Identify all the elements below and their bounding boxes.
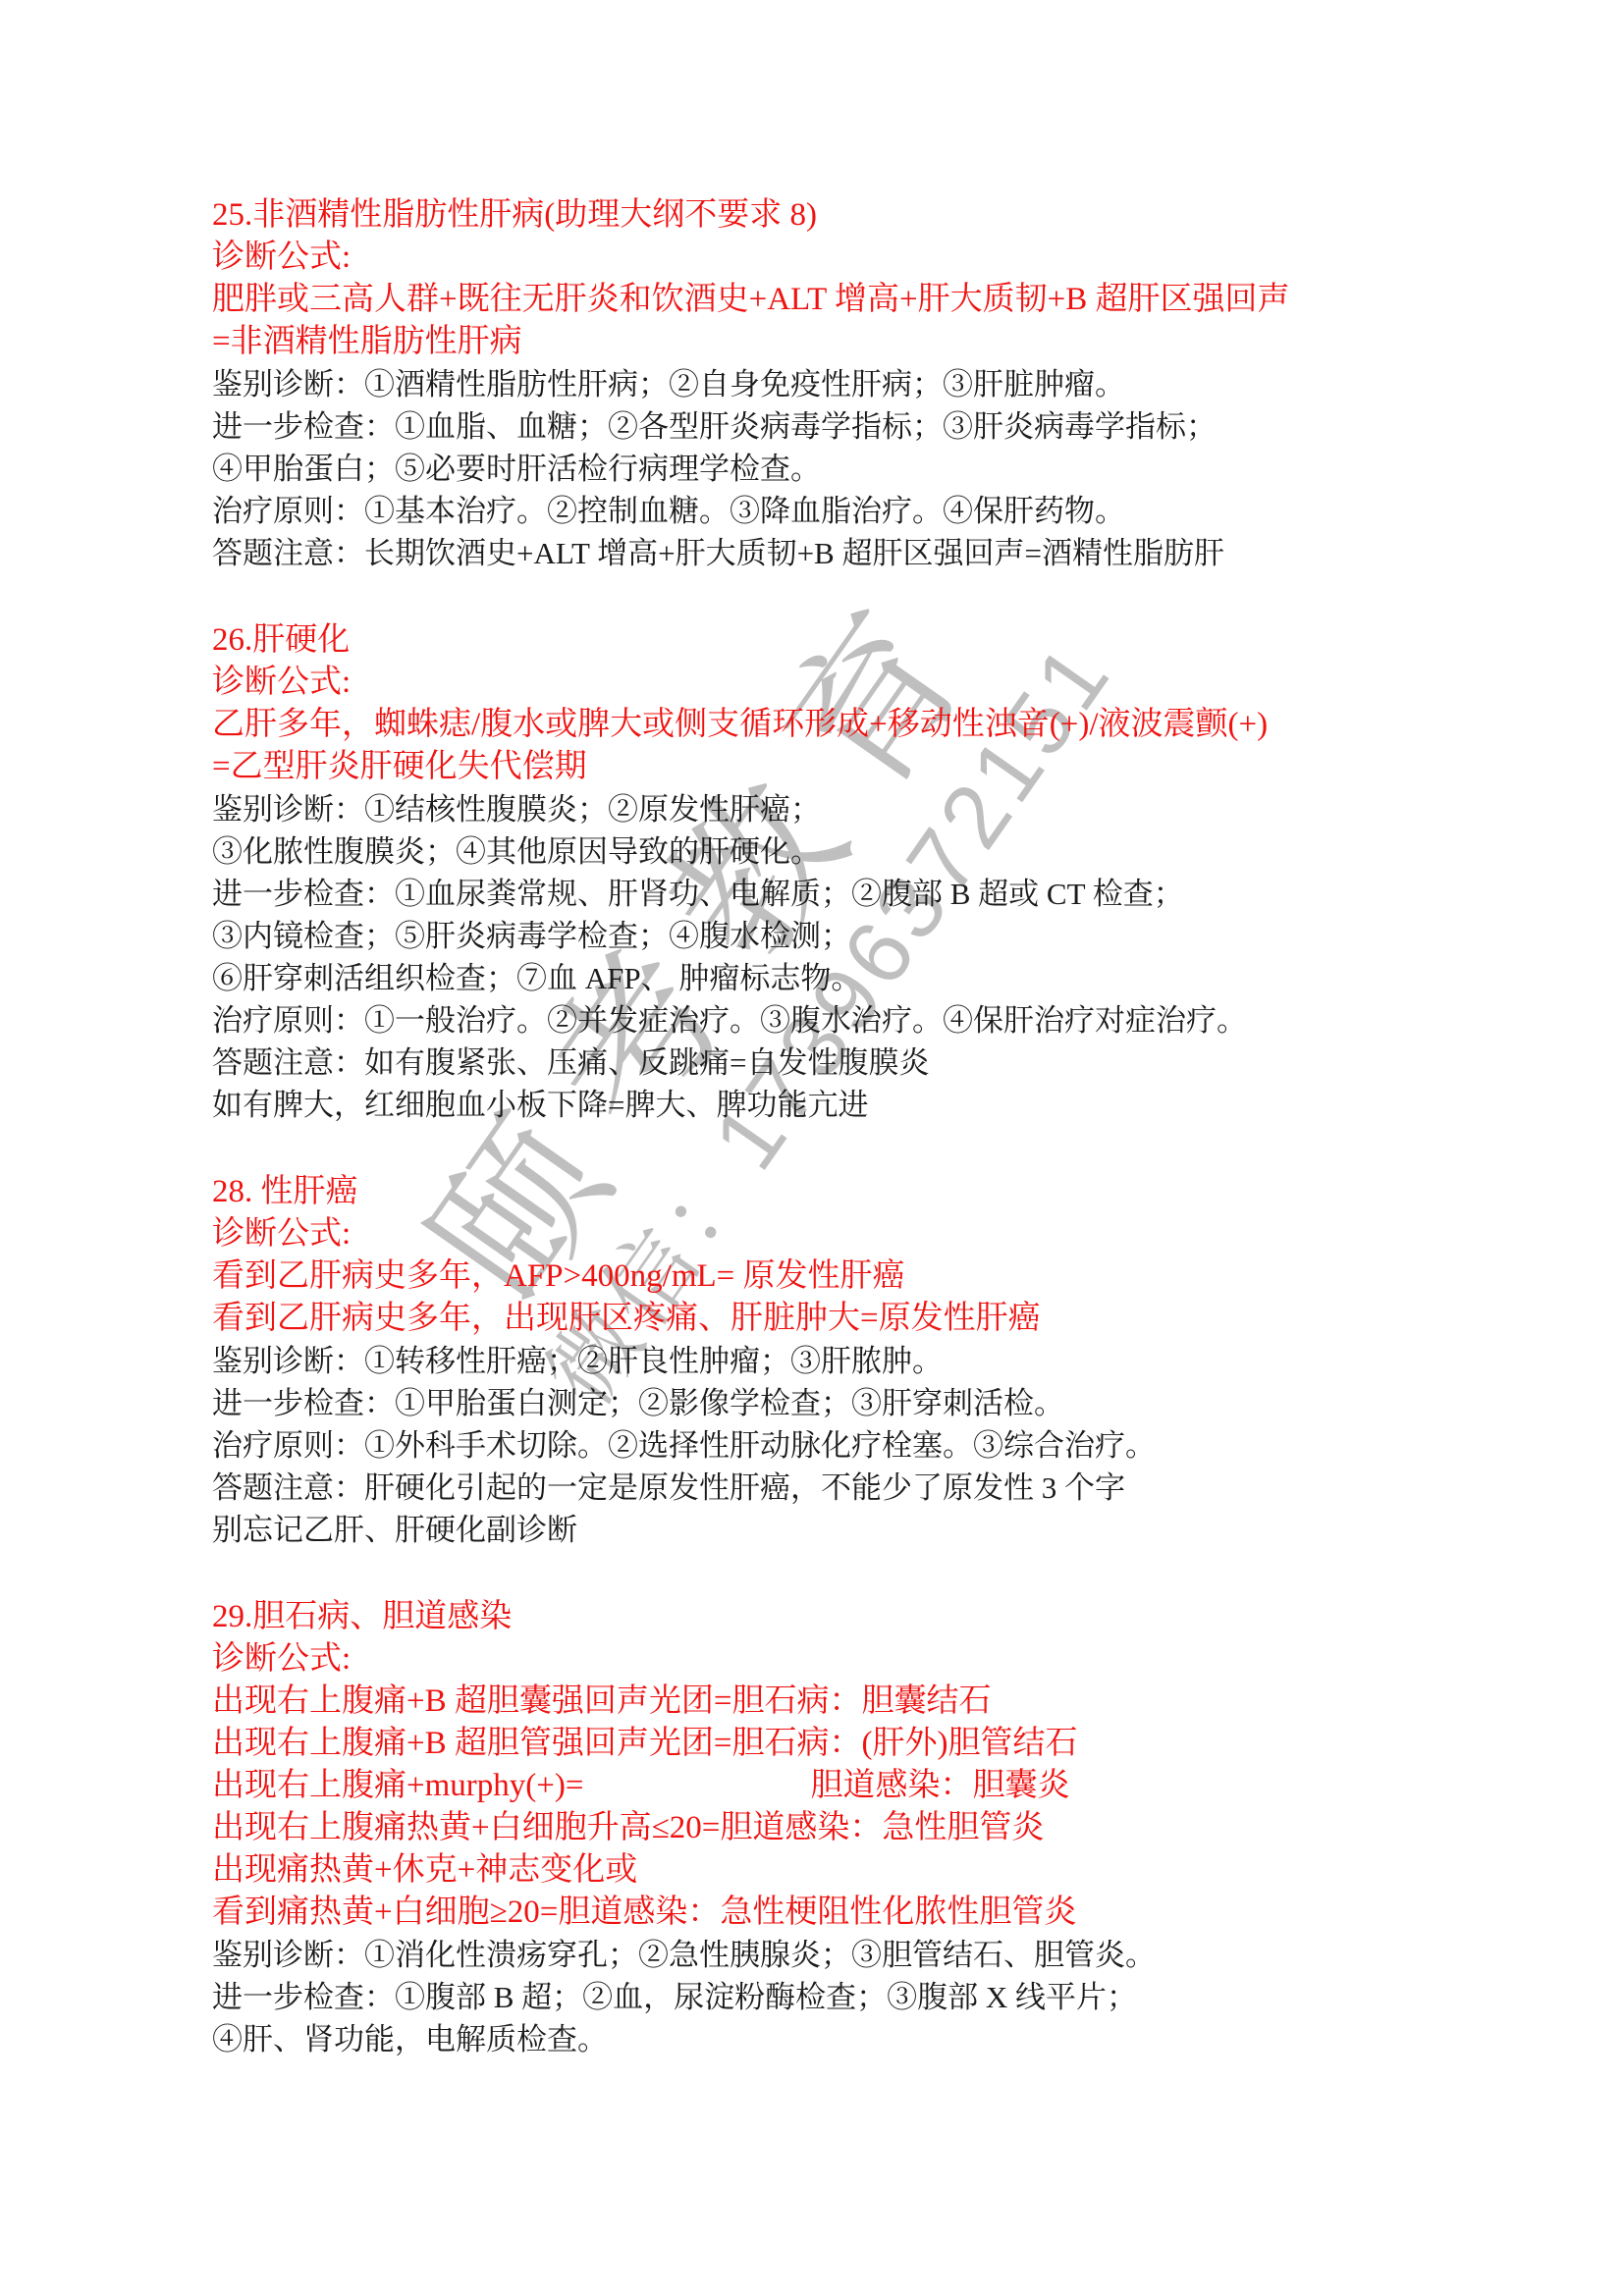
text-line: 治疗原则：①基本治疗。②控制血糖。③降血脂治疗。④保肝药物。	[212, 490, 1479, 532]
formula-line: 看到痛热黄+白细胞≥20=胆道感染：急性梗阻性化脓性胆管炎	[212, 1892, 1479, 1934]
formula-line: 出现右上腹痛+B 超胆管强回声光团=胆石病：(肝外)胆管结石	[212, 1723, 1479, 1765]
formula-line: 肥胖或三高人群+既往无肝炎和饮酒史+ALT 增高+肝大质韧+B 超肝区强回声	[212, 279, 1479, 321]
text-line: ③化脓性腹膜炎；④其他原因导致的肝硬化。	[212, 830, 1479, 873]
text-line: 鉴别诊断：①酒精性脂肪性肝病；②自身免疫性肝病；③肝脏肿瘤。	[212, 363, 1479, 405]
section-28-primary-liver-cancer: 28. 性肝癌诊断公式:看到乙肝病史多年，AFP>400ng/mL= 原发性肝癌…	[212, 1171, 1479, 1551]
formula-line: 看到乙肝病史多年，出现肝区疼痛、肝脏肿大=原发性肝癌	[212, 1298, 1479, 1340]
section-26-liver-cirrhosis: 26.肝硬化诊断公式:乙肝多年，蜘蛛痣/腹水或脾大或侧支循环形成+移动性浊音(+…	[212, 619, 1479, 1126]
text-line: 鉴别诊断：①消化性溃疡穿孔；②急性胰腺炎；③胆管结石、胆管炎。	[212, 1934, 1479, 1976]
formula-line: 诊断公式:	[212, 1638, 1479, 1681]
formula-line: =乙型肝炎肝硬化失代偿期	[212, 746, 1479, 788]
text-line: ④肝、肾功能，电解质检查。	[212, 2018, 1479, 2060]
text-line: 答题注意：如有腹紧张、压痛、反跳痛=自发性腹膜炎	[212, 1041, 1479, 1084]
document-content: 25.非酒精性脂肪性肝病(助理大纲不要求 8)诊断公式:肥胖或三高人群+既往无肝…	[212, 194, 1479, 2060]
text-line: 治疗原则：①外科手术切除。②选择性肝动脉化疗栓塞。③综合治疗。	[212, 1424, 1479, 1467]
formula-line: 出现右上腹痛热黄+白细胞升高≤20=胆道感染：急性胆管炎	[212, 1807, 1479, 1849]
formula-line: 出现右上腹痛+B 超胆囊强回声光团=胆石病：胆囊结石	[212, 1681, 1479, 1723]
formula-line: 诊断公式:	[212, 237, 1479, 279]
text-line: 鉴别诊断：①结核性腹膜炎；②原发性肝癌；	[212, 788, 1479, 830]
formula-line: 28. 性肝癌	[212, 1171, 1479, 1213]
formula-line: 25.非酒精性脂肪性肝病(助理大纲不要求 8)	[212, 194, 1479, 237]
text-line: ③内镜检查；⑤肝炎病毒学检查；④腹水检测；	[212, 915, 1479, 957]
formula-line: 出现右上腹痛+murphy(+)= 胆道感染：胆囊炎	[212, 1765, 1479, 1807]
document-page: 颐考教育 微信：17396372151 25.非酒精性脂肪性肝病(助理大纲不要求…	[0, 0, 1624, 2296]
text-line: 进一步检查：①血尿粪常规、肝肾功、电解质；②腹部 B 超或 CT 检查；	[212, 873, 1479, 915]
section-29-gallstone-biliary-infection: 29.胆石病、胆道感染诊断公式:出现右上腹痛+B 超胆囊强回声光团=胆石病：胆囊…	[212, 1596, 1479, 2060]
text-line: 治疗原则：①一般治疗。②并发症治疗。③腹水治疗。④保肝治疗对症治疗。	[212, 999, 1479, 1041]
text-line: 答题注意：长期饮酒史+ALT 增高+肝大质韧+B 超肝区强回声=酒精性脂肪肝	[212, 532, 1479, 574]
text-line: ⑥肝穿刺活组织检查；⑦血 AFP、 肿瘤标志物。	[212, 957, 1479, 999]
formula-line: =非酒精性脂肪性肝病	[212, 321, 1479, 363]
formula-line: 出现痛热黄+休克+神志变化或	[212, 1849, 1479, 1892]
text-line: ④甲胎蛋白；⑤必要时肝活检行病理学检查。	[212, 448, 1479, 490]
text-line: 别忘记乙肝、肝硬化副诊断	[212, 1509, 1479, 1551]
formula-line: 26.肝硬化	[212, 619, 1479, 662]
formula-line: 诊断公式:	[212, 1213, 1479, 1255]
text-line: 答题注意：肝硬化引起的一定是原发性肝癌，不能少了原发性 3 个字	[212, 1467, 1479, 1509]
section-25-nonalcoholic-fatty-liver: 25.非酒精性脂肪性肝病(助理大纲不要求 8)诊断公式:肥胖或三高人群+既往无肝…	[212, 194, 1479, 574]
formula-line: 看到乙肝病史多年，AFP>400ng/mL= 原发性肝癌	[212, 1255, 1479, 1298]
text-line: 进一步检查：①腹部 B 超；②血，尿淀粉酶检查；③腹部 X 线平片；	[212, 1976, 1479, 2018]
text-line: 进一步检查：①甲胎蛋白测定；②影像学检查；③肝穿刺活检。	[212, 1382, 1479, 1424]
text-line: 鉴别诊断：①转移性肝癌；②肝良性肿瘤；③肝脓肿。	[212, 1340, 1479, 1382]
text-line: 如有脾大，红细胞血小板下降=脾大、脾功能亢进	[212, 1084, 1479, 1126]
formula-line: 诊断公式:	[212, 662, 1479, 704]
text-line: 进一步检查：①血脂、血糖；②各型肝炎病毒学指标；③肝炎病毒学指标；	[212, 405, 1479, 448]
formula-line: 乙肝多年，蜘蛛痣/腹水或脾大或侧支循环形成+移动性浊音(+)/液波震颤(+)	[212, 704, 1479, 746]
formula-line: 29.胆石病、胆道感染	[212, 1596, 1479, 1638]
